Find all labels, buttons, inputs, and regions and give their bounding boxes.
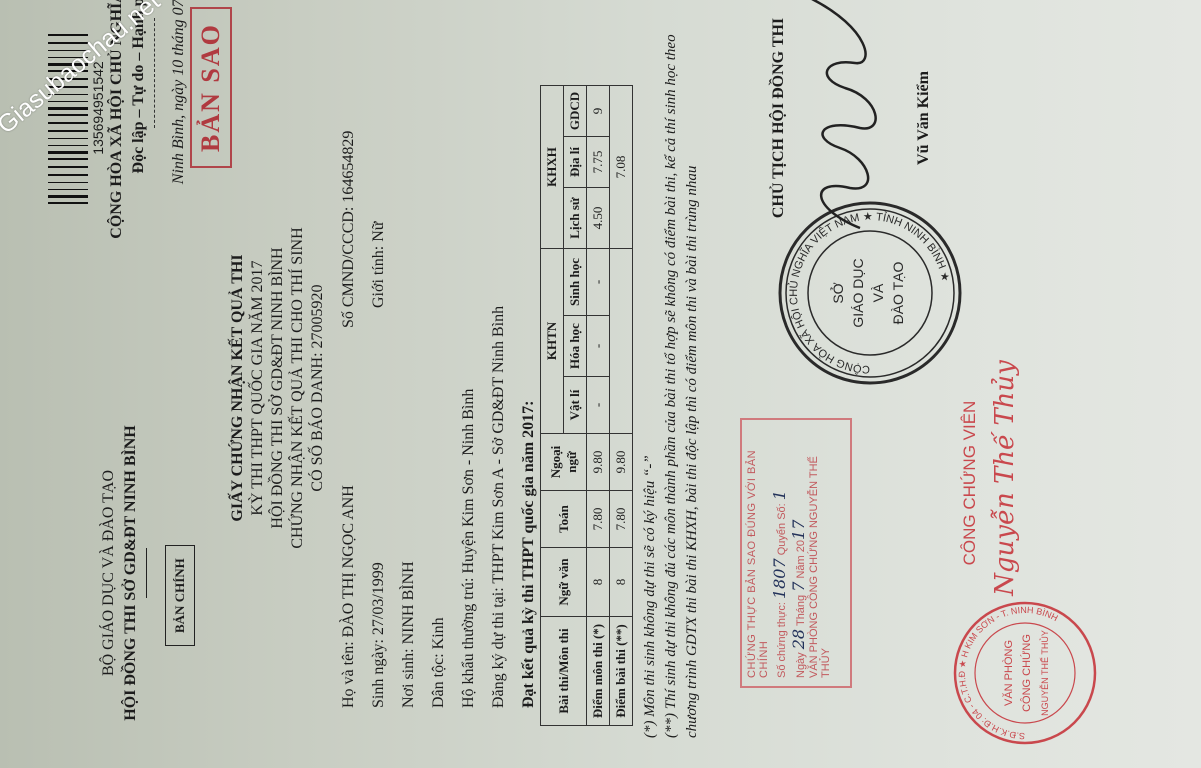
score-cell: 4.50 [587,188,610,249]
column-header: Bài thi/Môn thi [541,617,587,726]
score-table: Bài thi/Môn thi Ngữ văn Toán Ngoại ngữ K… [540,85,633,726]
candidate-name: Họ và tên: ĐÀO THỊ NGỌC ANH [340,485,358,708]
table-header-row: Bài thi/Môn thi Ngữ văn Toán Ngoại ngữ K… [541,86,564,726]
notary-cert-number: 1807 [770,558,789,599]
score-cell: - [587,377,610,434]
candidate-birthplace: Nơi sinh: NINH BÌNH [400,561,418,708]
header-rule [146,548,147,598]
council-name: HỘI ĐỒNG THI SỞ GD&ĐT NINH BÌNH [122,403,140,743]
barcode-icon [48,8,88,208]
notary-certification-stamp: CHỨNG THỰC BẢN SAO ĐÚNG VỚI BẢN CHÍNH Số… [740,418,852,688]
candidate-residence: Hộ khẩu thường trú: Huyện Kim Sơn - Ninh… [460,389,478,708]
motto-rule [154,18,156,128]
column-header: Toán [541,491,587,548]
ministry-name: BỘ GIÁO DỤC VÀ ĐÀO TẠO [100,403,118,743]
notary-title: CÔNG CHỨNG VIÊN [960,373,980,593]
column-header: Lịch sử [564,188,587,249]
certificate-document: BỘ GIÁO DỤC VÀ ĐÀO TẠO HỘI ĐỒNG THI SỞ G… [0,0,1201,768]
svg-text:NGUYỄN THẾ THỦY: NGUYỄN THẾ THỦY [1039,630,1050,716]
candidate-number: CÓ SỐ BÁO DANH: 27005920 [308,178,328,598]
results-title: Đạt kết quả kỳ thi THPT quốc gia năm 201… [520,401,538,708]
score-cell: 8 [587,548,610,617]
column-header: GDCD [564,86,587,137]
candidate-registered-at: Đăng ký dự thi tại: THPT Kim Sơn A - Sở … [490,306,508,708]
column-header: Ngữ văn [541,548,587,617]
notary-heading: CHỨNG THỰC BẢN SAO ĐÚNG VỚI BẢN CHÍNH [746,428,770,678]
notary-day: 28 [789,629,808,649]
certificate-title: GIẤY CHỨNG NHẬN KẾT QUẢ THI [228,178,248,598]
column-header: Hóa học [564,316,587,377]
issuer-header: BỘ GIÁO DỤC VÀ ĐÀO TẠO HỘI ĐỒNG THI SỞ G… [100,403,147,743]
svg-text:VĂN PHÒNG: VĂN PHÒNG [1002,640,1015,706]
column-header: Vật lí [564,377,587,434]
exam-name: KỲ THI THPT QUỐC GIA NĂM 2017 [248,178,268,598]
table-row: Điểm bài thi (**) 8 7.80 9.80 7.08 [610,86,633,726]
notary-month: 7 [789,582,808,592]
group-header-khtn: KHTN [541,249,564,434]
column-header: Sinh học [564,249,587,316]
notary-office: VĂN PHÒNG CÔNG CHỨNG NGUYỄN THẾ THỦY [808,428,832,678]
svg-text:GIÁO DỤC: GIÁO DỤC [850,258,866,327]
footnotes: (*) Môn thi sinh không dự thi sẽ có ký h… [640,8,703,738]
exam-council: HỘI ĐỒNG THI SỞ GD&ĐT NINH BÌNH [268,178,288,598]
row-label: Điểm môn thi (*) [587,617,610,726]
certification-statement: CHỨNG NHẬN KẾT QUẢ THI CHO THÍ SINH [288,178,308,598]
footnote-1: (*) Môn thi sinh không dự thi sẽ có ký h… [640,8,661,738]
footnote-2: (**) Thí sinh dự thi không đủ các môn th… [661,8,703,738]
column-header: Ngoại ngữ [541,434,587,491]
candidate-ethnicity: Dân tộc: Kinh [430,617,448,708]
notary-book-number: 1 [770,490,789,500]
table-row: Điểm môn thi (*) 8 7.80 9.80 - - - 4.50 … [587,86,610,726]
notary-year: 17 [789,520,808,540]
place-date: Ninh Bình, ngày 10 tháng 07 năm 2017 [170,0,188,268]
notary-office-seal-icon: S.Đ.K.H.Đ: 04 - C.T.H.Đ ★ H KIM SƠN - T.… [950,598,1100,748]
score-cell: 7.80 [587,491,610,548]
score-cell: 9.80 [587,434,610,491]
score-cell: - [587,316,610,377]
signer-name: Vũ Văn Kiểm [915,0,933,268]
group-header-khxh: KHXH [541,86,564,249]
score-cell: 8 [610,548,633,617]
candidate-dob: Sinh ngày: 27/03/1999 [370,562,388,708]
notary-cert-line: Số chứng thực: 1807 Quyển Số: 1 [770,428,789,678]
certificate-titles: GIẤY CHỨNG NHẬN KẾT QUẢ THI KỲ THI THPT … [228,178,328,598]
svg-text:CÔNG CHỨNG: CÔNG CHỨNG [1020,634,1033,712]
score-cell: 7.80 [610,491,633,548]
score-cell-khxh: 7.08 [610,86,633,249]
column-header: Địa lí [564,137,587,188]
svg-text:SỞ: SỞ [829,282,846,303]
copy-stamp: BẢN SAO [190,7,232,168]
original-label-box: BẢN CHÍNH [165,545,195,646]
signature-icon [790,0,900,248]
notary-signer-name: Nguyễn Thế Thủy [990,348,1020,608]
score-cell: 9 [587,86,610,137]
candidate-gender: Giới tính: Nữ [370,222,388,308]
signer-title: CHỦ TỊCH HỘI ĐỒNG THI [770,0,788,268]
score-cell: 7.75 [587,137,610,188]
score-cell: 9.80 [610,434,633,491]
candidate-id-number: Số CMND/CCCD: 164654829 [340,131,358,328]
score-cell: - [587,249,610,316]
score-cell-khtn [610,249,633,434]
svg-text:VÀ: VÀ [870,283,886,302]
svg-text:ĐÀO TẠO: ĐÀO TẠO [890,262,906,325]
notary-date-line: Ngày 28 Tháng 7 Năm 2017 [789,428,808,678]
row-label: Điểm bài thi (**) [610,617,633,726]
